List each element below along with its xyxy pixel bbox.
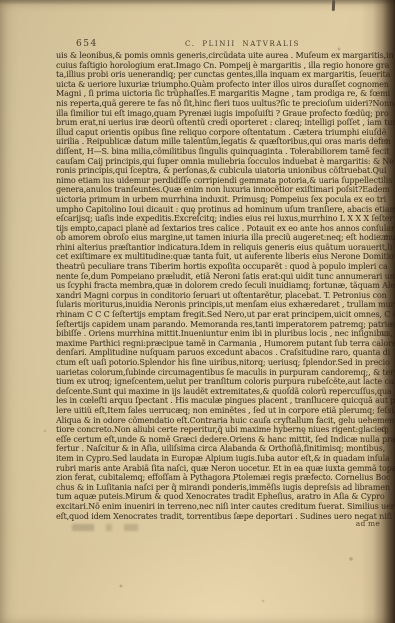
margin-line-number-20: 20 [380,234,394,243]
text-line: tium ex utroq; igneſcentem,uelut per tra… [56,377,395,387]
text-line: genera,anulos tranſeuntes.Quæ enim non l… [56,185,395,195]
text-line: nis reperta,quã gerere te fas nõ ſit,hin… [56,99,395,109]
text-line: illa ſimilior tui eſt imago,quam Pyrenæi… [56,109,395,119]
text-line: ob amorem obroſo eius margine,ut tamen i… [56,233,395,243]
text-line: maxime Parthici regni:præcipue tamẽ in C… [56,339,395,349]
catchword: ad me [336,519,380,528]
text-line: les in cœleſti arquu ſpectant . His macu… [56,396,395,406]
text-line: ſularis moriturus,inuidia Neronis princi… [56,300,395,310]
text-line: uarietas colorum,ſubinde circumagentibus… [56,368,395,378]
text-line: theatrũ peculiare trans Tiberim hortis e… [56,262,395,272]
text-line: deſcente.Sunt qui maxime in ijs laudẽt e… [56,387,395,397]
text-line: tiore concreto.Non aliubi certe reperitu… [56,425,395,435]
text-line: ronis principis,qui ſceptra, & perſonas,… [56,166,395,176]
text-line: xandri Magni corpus in conditorio ſeruar… [56,291,395,301]
text-line: fertur . Naſcitur & in Aſia, uiliſsima c… [56,444,395,454]
text-line: us ſcyphi fracta membra,quæ in dolorem c… [56,281,395,291]
text-line: excitari.Nõ enim inueniri in terreno,nec… [56,502,395,512]
text-line: item in Cypro.Sed laudata in Europæ Alpi… [56,454,395,464]
margin-line-number-40: 40 [380,426,394,435]
text-line: uicta & ueriore luxuriæ triumpho.Quàm pr… [56,80,395,90]
text-line: umpho Capitolino Ioui dicauit : quę prot… [56,205,395,215]
page-number: 654 [76,39,98,49]
book-page-scan: 654 C. PLINII NATVRALIS uis & leonibus,&… [0,0,395,623]
running-title: C. PLINII NATVRALIS [180,40,305,48]
text-line: rhini alterius præſtantior indicatura.Id… [56,243,395,253]
scan-top-edge-shadow [0,0,395,5]
text-line: eſſe certum eſt,unde & nomẽ Græci dedere… [56,435,395,445]
body-text-column: uis & leonibus,& pomis omnis generis,cir… [56,51,395,521]
text-line: diſſent, H—S. bina milia,cõmilitibus ſin… [56,147,395,157]
text-line: cauſam Caij principis,qui ſuper omnia mu… [56,157,395,167]
text-line: lere uitiũ eſt,Item ſales uerrucæq; non … [56,406,395,416]
text-line: eſcarijsq; uaſis inde expeditis.Excreſci… [56,214,395,224]
text-line: uirilia . Reipublicæ datum mille talentû… [56,137,395,147]
text-line: denſari. Amplitudine nuſquam paruos exce… [56,348,395,358]
text-line: ctum eſt uaſi potorio.Splendor his ſine … [56,358,395,368]
text-line: bibiſſe . Oriens murrhina mittit.Inueniu… [56,329,395,339]
text-line: tijs empto,capaci planè ad ſextarios tre… [56,224,395,234]
text-line: ſeſtertijs capidem unam parando. Memoran… [56,320,395,330]
text-line: rhinam C C C ſeſtertijs emptam fregit.Se… [56,310,395,320]
text-line: rubri maris ante Arabiã ſita naſci, quæ … [56,464,395,474]
text-line: Magni , ſi prima uictoria ſic trũphaſſes… [56,89,395,99]
text-line: tum aquæ puteis.Mirum & quod Xenocrates … [56,492,395,502]
text-line: ta,illius probi oris uenerandiq; per cun… [56,70,395,80]
text-line: zion ferat, cubitalemq; effoſſam à Pytha… [56,473,395,483]
ink-bleedthrough-smudge [72,524,138,531]
text-line: illud caput orientis opibus ſine reliquo… [56,128,395,138]
text-line: uis & leonibus,& pomis omnis generis,cir… [56,51,395,61]
text-line: nimo etiam ius uidemur perdidiſſe corrip… [56,176,395,186]
text-line: brum erat,ni uerius iræ deorũ oſtentũ cr… [56,118,395,128]
margin-line-number-10: 10 [380,138,394,147]
text-line: Aliqua & in odore cõmendatio eſt.Contrar… [56,416,395,426]
margin-line-number-30: 30 [380,330,394,339]
text-line: chus & in Luſitania naſci per q̃ mirandi… [56,483,395,493]
text-line: cuius faſtigio horologium erat.Imago Cn.… [56,61,395,71]
text-line: nente ſe,dum Pompeiano præludit, etiã Ne… [56,272,395,282]
text-line: cet exiſtimare ex multitudine:quæ tanta … [56,252,395,262]
text-line: uictoria primum in urbem murrhina induxi… [56,195,395,205]
